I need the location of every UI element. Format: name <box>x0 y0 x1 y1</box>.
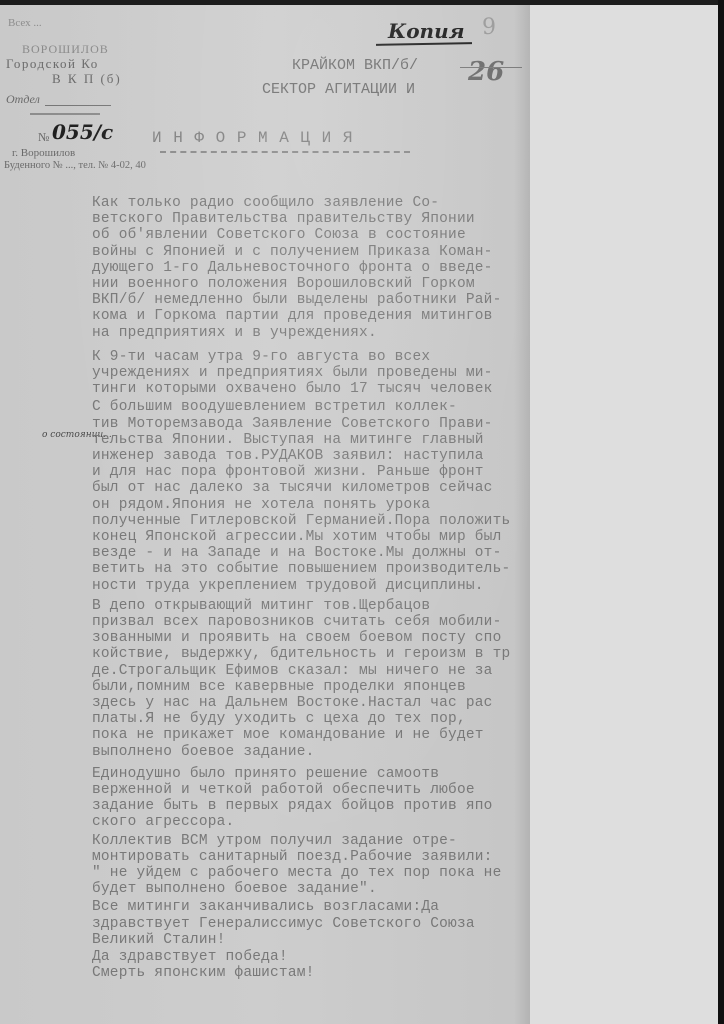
body-line: ветить на это событие повышением произво… <box>92 561 510 577</box>
body-line: койствие, выдержку, бдительность и герои… <box>92 646 510 662</box>
copy-mark-underline <box>376 42 472 46</box>
body-line: монтировать санитарный поезд.Рабочие зая… <box>92 849 493 865</box>
body-line: везде - и на Западе и на Востоке.Мы долж… <box>92 545 501 561</box>
body-line: здравствует Генералиссимус Советского Со… <box>92 916 475 932</box>
body-line: С большим воодушевлением встретил коллек… <box>92 399 457 415</box>
body-line: кома и Горкома партии для проведения мит… <box>92 308 493 324</box>
body-line: учреждениях и предприятиях были проведен… <box>92 365 493 381</box>
body-line: Как только радио сообщило заявление Со- <box>92 195 439 211</box>
body-line: нии военного положения Ворошиловский Гор… <box>92 276 475 292</box>
body-line: на предприятиях и в учреждениях. <box>92 325 377 341</box>
body-line: К 9-ти часам утра 9-го августа во всех <box>92 349 430 365</box>
address-line2: Буденного № ..., тел. № 4-02, 40 <box>4 160 146 171</box>
title-underline <box>160 151 410 153</box>
body-line: тив Моторемзавода Заявление Советского П… <box>92 416 493 432</box>
body-line: верженной и четкой работой обеспечить лю… <box>92 782 475 798</box>
department-label: Отдел <box>6 92 40 107</box>
body-line: ности труда укреплением трудовой дисципл… <box>92 578 484 594</box>
body-line: де.Строгальщик Ефимов сказал: мы ничего … <box>92 663 493 679</box>
body-line: об об'явлении Советского Союза в состоян… <box>92 227 466 243</box>
body-line: ского агрессора. <box>92 814 234 830</box>
addressee-line2: СЕКТОР АГИТАЦИИ И <box>262 81 415 98</box>
body-line: и для нас пора фронтовой жизни. Раньше ф… <box>92 464 484 480</box>
number-label: № <box>38 130 49 145</box>
body-line: конец Японской агрессии.Мы хотим чтобы м… <box>92 529 501 545</box>
body-line: ВКП/б/ немедленно были выделены работник… <box>92 292 501 308</box>
body-line: тельства Японии. Выступая на митинге гла… <box>92 432 484 448</box>
body-line: задание быть в первых рядах бойцов проти… <box>92 798 493 814</box>
letterhead-committee: Городской Ко <box>6 56 99 72</box>
address-line1: г. Ворошилов <box>12 147 75 159</box>
body-line: будет выполнено боевое задание". <box>92 881 377 897</box>
page-number-original: 9 <box>482 15 496 40</box>
body-line: платы.Я не буду уходить с цеха до тех по… <box>92 711 466 727</box>
addressee-line1: КРАЙКОМ ВКП/б/ <box>292 57 418 74</box>
body-line: " не уйдем с рабочего места до тех пор п… <box>92 865 501 881</box>
body-line: инженер завода тов.РУДАКОВ заявил: насту… <box>92 448 484 464</box>
body-line: ветского Правительства правительству Япо… <box>92 211 475 227</box>
backing-sheet <box>528 5 718 1024</box>
body-line: Да здравствует победа! <box>92 949 288 965</box>
body-line: пока не прикажет мое командование и не б… <box>92 727 484 743</box>
copy-mark: Копия <box>388 19 465 43</box>
letterhead-line1: Всех ... <box>8 17 42 29</box>
body-line: был от нас далеко за тысячи километров с… <box>92 480 493 496</box>
document-page: Всех ... ВОРОШИЛОВ Городской Ко В К П (б… <box>0 5 530 1024</box>
body-line: он рядом.Япония не хотела понять урока <box>92 497 430 513</box>
body-line: В депо открывающий митинг тов.Щербацов <box>92 598 430 614</box>
body-line: зованными и проявить на своем боевом пос… <box>92 630 501 646</box>
body-line: Все митинги заканчивались возгласами:Да <box>92 899 439 915</box>
scan-right-border <box>718 0 724 1024</box>
body-line: призвал всех паровозников считать себя м… <box>92 614 501 630</box>
body-line: полученные Гитлеровской Германией.Пора п… <box>92 513 510 529</box>
body-line: Великий Сталин! <box>92 932 226 948</box>
body-line: Смерть японским фашистам! <box>92 965 315 981</box>
department-underline <box>45 105 111 106</box>
body-line: были,помним все кавервные проделки японц… <box>92 679 466 695</box>
letterhead-city: ВОРОШИЛОВ <box>22 42 109 57</box>
body-line: войны с Японией и с получением Приказа К… <box>92 244 493 260</box>
body-line: Коллектив ВСМ утром получил задание отре… <box>92 833 457 849</box>
letterhead-party: В К П (б) <box>52 71 122 87</box>
document-number: 055/с <box>52 120 113 144</box>
strike-line <box>460 67 522 68</box>
body-line: выполнено боевое задание. <box>92 744 315 760</box>
document-title: И Н Ф О Р М А Ц И Я <box>152 129 353 147</box>
stamp-rule <box>30 113 100 115</box>
body-line: Единодушно было принято решение самоотв <box>92 766 439 782</box>
body-line: дующего 1-го Дальневосточного фронта о в… <box>92 260 493 276</box>
body-line: тинги которыми охвачено было 17 тысяч че… <box>92 381 493 397</box>
page-number-corrected: 26 <box>468 57 504 87</box>
body-line: здесь у нас на Дальнем Востоке.Настал ча… <box>92 695 493 711</box>
